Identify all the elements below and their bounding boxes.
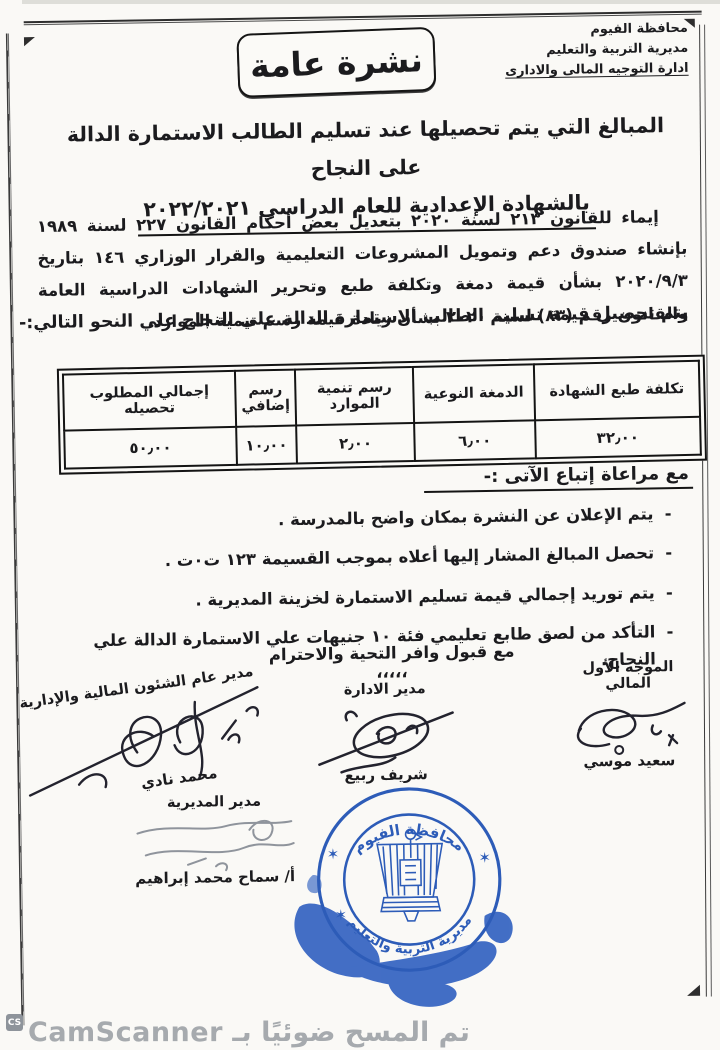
col-resource-development-fee: رسم تنمية الموارد <box>295 367 414 426</box>
corner-fold-mark <box>24 37 35 46</box>
eagle-emblem-icon <box>377 829 443 922</box>
document-sheet: محافظة الفيوم مديرية التربية والتعليم اد… <box>0 0 720 1050</box>
value-certificate-print-cost: ٣٢٫٠٠ <box>535 417 701 459</box>
official-stamp: محافظة الفيوم مديرية التربية والتعليم ✶ … <box>289 767 531 1029</box>
note-item: يتم الإعلان عن النشرة بمكان واضح بالمدرس… <box>51 501 671 537</box>
signature-block-directorate-director: مدير المديرية أ/ سماح محمد إبراهيم <box>124 793 305 888</box>
page-border-right <box>699 25 712 997</box>
svg-text:✶: ✶ <box>335 907 348 924</box>
note-item: تحصل المبالغ المشار إليها أعلاه بموجب ال… <box>52 541 672 577</box>
scanner-watermark: CS تم المسح ضوئيًا بـ CamScanner <box>0 1004 720 1050</box>
handwritten-signature-pencil <box>129 809 300 874</box>
value-resource-development-fee: ٢٫٠٠ <box>296 423 414 464</box>
camscanner-logo-icon: CS <box>6 1014 23 1031</box>
handwritten-signature-ink <box>564 691 693 759</box>
bulletin-title-box: نشرة عامة <box>236 27 436 98</box>
note-item: يتم توريد إجمالي قيمة تسليم الاستمارة لخ… <box>53 580 673 616</box>
fees-table-frame: تكلفة طبع الشهادة الدمغة النوعية رسم تنم… <box>57 355 707 475</box>
signature-block-financial-supervisor: الموجه الأول المالي سعيد موسي <box>558 659 700 771</box>
corner-fold-mark <box>687 985 700 996</box>
col-stamp-duty: الدمغة النوعية <box>413 364 535 423</box>
scanned-document-page: محافظة الفيوم مديرية التربية والتعليم اد… <box>0 0 720 1050</box>
letterhead: محافظة الفيوم مديرية التربية والتعليم اد… <box>488 19 689 83</box>
col-additional-fee: رسم إضافي <box>235 370 297 427</box>
fees-table: تكلفة طبع الشهادة الدمغة النوعية رسم تنم… <box>62 360 702 470</box>
svg-text:✶: ✶ <box>327 846 340 863</box>
page-border-left <box>6 33 25 1025</box>
heading-line-1: المبالغ التي يتم تحصيلها عند تسليم الطال… <box>55 107 676 193</box>
col-total-due: إجمالي المطلوب تحصيله <box>63 371 236 431</box>
signature-title: الموجه الأول المالي <box>558 659 698 693</box>
value-additional-fee: ١٠٫٠٠ <box>236 426 297 465</box>
svg-text:✶: ✶ <box>478 850 491 867</box>
bulletin-title: نشرة عامة <box>249 40 423 85</box>
notes-heading: مع مراعاة إتباع الآتى :- <box>423 463 693 493</box>
signature-name: أ/ سماح محمد إبراهيم <box>125 867 305 888</box>
scanner-watermark-text: تم المسح ضوئيًا بـ CamScanner <box>28 1017 470 1048</box>
col-certificate-print-cost: تكلفة طبع الشهادة <box>533 361 700 421</box>
signature-name: سعيد موسي <box>559 751 699 771</box>
closing-salutation: مع قبول وافر التحية والاحترام ،،،،، <box>252 641 533 683</box>
letterhead-department: ادارة التوجيه المالى والادارى <box>488 59 688 82</box>
signature-block-general-manager: مدير عام الشئون المالية والإدارية محمد ن… <box>6 662 279 809</box>
value-total-due: ٥٠٫٠٠ <box>64 427 237 469</box>
value-stamp-duty: ٦٫٠٠ <box>414 420 536 461</box>
